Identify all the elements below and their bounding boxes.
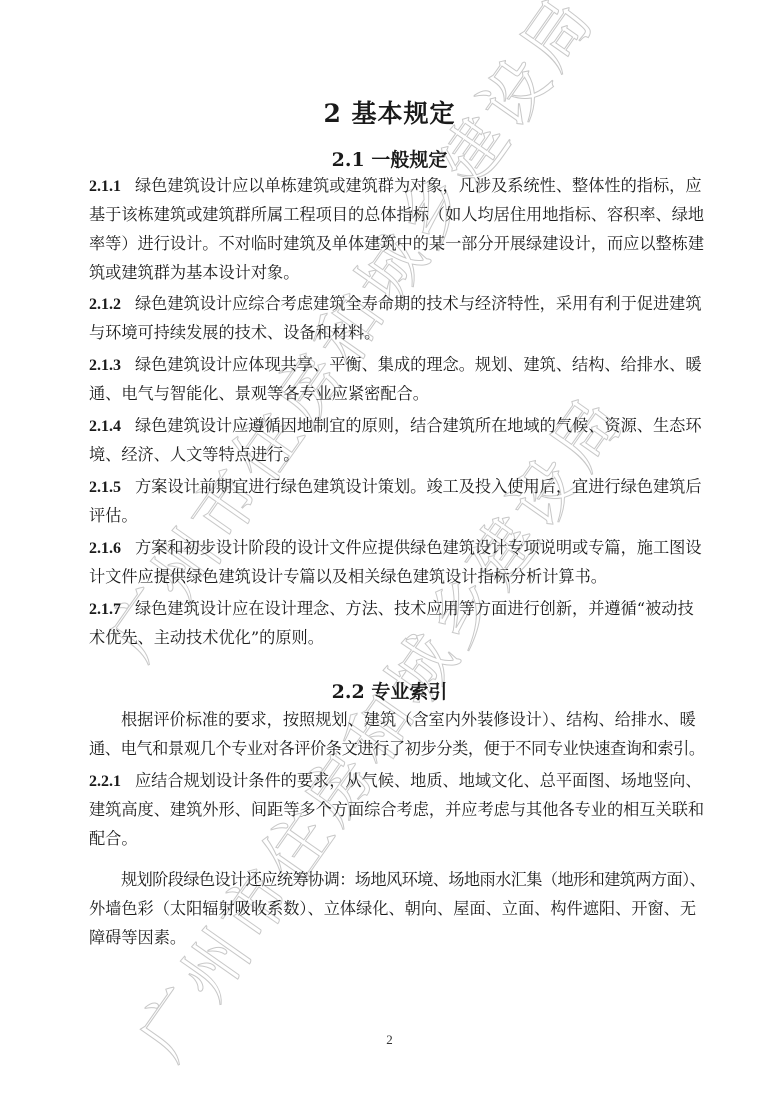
clause-number: 2.1.7 <box>89 601 121 618</box>
clause-2-1-6: 2.1.6方案和初步设计阶段的设计文件应提供绿色建筑设计专项说明或专篇，施工图设 <box>89 538 689 559</box>
clause-number: 2.1.5 <box>89 479 121 496</box>
clause-text: 绿色建筑设计应体现共享、平衡、集成的理念。规划、建筑、结构、给排水、暖 <box>135 355 702 374</box>
clause-number: 2.1.3 <box>89 357 121 374</box>
page-number: 2 <box>0 1032 779 1048</box>
section-title-2-1: 2.1 一般规定 <box>0 145 779 172</box>
clause-text: 绿色建筑设计应以单栋建筑或建筑群为对象，凡涉及系统性、整体性的指标，应 <box>135 176 702 195</box>
clause-2-1-5: 2.1.5方案设计前期宜进行绿色建筑设计策划。竣工及投入使用后，宜进行绿色建筑后 <box>89 477 689 498</box>
clause-line: 计文件应提供绿色建筑设计专篇以及相关绿色建筑设计指标分析计算书。 <box>89 567 689 587</box>
clause-line: 与环境可持续发展的技术、设备和材料。 <box>89 323 689 343</box>
clause-2-1-2: 2.1.2绿色建筑设计应综合考虑建筑全寿命期的技术与经济特性，采用有利于促进建筑 <box>89 294 689 315</box>
clause-line: 术优先、主动技术优化”的原则。 <box>89 628 689 648</box>
clause-2-1-3: 2.1.3绿色建筑设计应体现共享、平衡、集成的理念。规划、建筑、结构、给排水、暖 <box>89 355 689 376</box>
clause-line: 境、经济、人文等特点进行。 <box>89 445 689 465</box>
clause-line: 通、电气与智能化、景观等各专业应紧密配合。 <box>89 384 689 404</box>
clause-text: 方案和初步设计阶段的设计文件应提供绿色建筑设计专项说明或专篇，施工图设 <box>135 538 702 557</box>
clause-line: 建筑高度、建筑外形、间距等多个方面综合考虑，并应考虑与其他各专业的相互关联和 <box>89 800 689 820</box>
clause-text: 绿色建筑设计应综合考虑建筑全寿命期的技术与经济特性，采用有利于促进建筑 <box>135 294 702 313</box>
clause-text: 应结合规划设计条件的要求，从气候、地质、地域文化、总平面图、场地竖向、 <box>135 771 702 790</box>
clause-line: 评估。 <box>89 506 689 526</box>
clause-text: 绿色建筑设计应在设计理念、方法、技术应用等方面进行创新，并遵循“被动技 <box>135 599 694 618</box>
clause-2-2-1: 2.2.1应结合规划设计条件的要求，从气候、地质、地域文化、总平面图、场地竖向、 <box>89 771 689 792</box>
intro-line: 根据评价标准的要求，按照规划、建筑（含室内外装修设计）、结构、给排水、暖 <box>121 710 689 730</box>
clause-2-1-7: 2.1.7绿色建筑设计应在设计理念、方法、技术应用等方面进行创新，并遵循“被动技 <box>89 599 689 620</box>
clause-number: 2.1.6 <box>89 540 121 557</box>
chapter-title: 2 基本规定 <box>0 94 779 130</box>
intro-line: 通、电气和景观几个专业对各评价条文进行了初步分类，便于不同专业快速查询和索引。 <box>89 739 689 759</box>
clause-number: 2.2.1 <box>89 773 121 790</box>
closing-line: 外墙色彩（太阳辐射吸收系数）、立体绿化、朝向、屋面、立面、构件遮阳、开窗、无 <box>89 899 689 919</box>
clause-number: 2.1.1 <box>89 178 121 195</box>
clause-line: 配合。 <box>89 829 689 849</box>
closing-line: 规划阶段绿色设计还应统筹协调：场地风环境、场地雨水汇集（地形和建筑两方面）、 <box>121 870 689 890</box>
clause-line: 率等）进行设计。不对临时建筑及单体建筑中的某一部分开展绿建设计，而应以整栋建 <box>89 234 689 254</box>
clause-line: 基于该栋建筑或建筑群所属工程项目的总体指标（如人均居住用地指标、容积率、绿地 <box>89 205 689 225</box>
clause-line: 筑或建筑群为基本设计对象。 <box>89 263 689 283</box>
clause-2-1-4: 2.1.4绿色建筑设计应遵循因地制宜的原则，结合建筑所在地域的气候、资源、生态环 <box>89 416 689 437</box>
closing-line: 障碍等因素。 <box>89 928 689 948</box>
clause-number: 2.1.4 <box>89 418 121 435</box>
clause-text: 方案设计前期宜进行绿色建筑设计策划。竣工及投入使用后，宜进行绿色建筑后 <box>135 477 702 496</box>
clause-text: 绿色建筑设计应遵循因地制宜的原则，结合建筑所在地域的气候、资源、生态环 <box>135 416 702 435</box>
clause-number: 2.1.2 <box>89 296 121 313</box>
clause-2-1-1: 2.1.1绿色建筑设计应以单栋建筑或建筑群为对象，凡涉及系统性、整体性的指标，应 <box>89 176 689 197</box>
document-page: 广州市住房和城乡建设局 广州市住房和城乡建设局 2 基本规定 2.1 一般规定 … <box>0 0 779 1103</box>
section-title-2-2: 2.2 专业索引 <box>0 677 779 704</box>
